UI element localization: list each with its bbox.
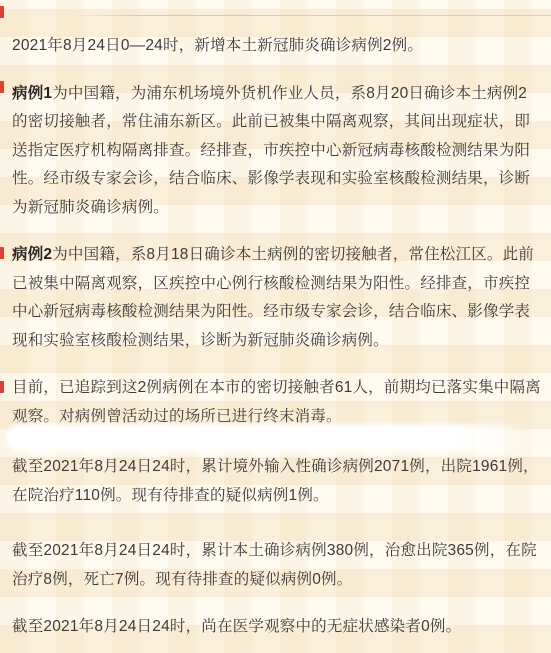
article-body: 2021年8月24日0—24时，新增本土新冠肺炎确诊病例2例。 病例1为中国籍，…	[12, 32, 541, 653]
paragraph-contact-tracing: 目前，已追踪到这2例病例在本市的密切接触者61人，前期均已落实集中隔离观察。对病…	[12, 374, 541, 431]
case-1-label: 病例1	[12, 85, 52, 102]
paragraph-text: 为中国籍，为浦东机场境外货机作业人员，系8月20日确诊本土病例2的密切接触者，常…	[12, 85, 530, 216]
paragraph-case-2: 病例2为中国籍，系8月18日确诊本土病例的密切接触者，常住松江区。此前已被集中隔…	[12, 241, 541, 355]
red-accent-tick	[0, 381, 4, 393]
paragraph-asymptomatic-total: 截至2021年8月24日24时，尚在医学观察中的无症状感染者0例。	[12, 613, 541, 642]
case-2-label: 病例2	[12, 246, 52, 263]
top-divider-line	[0, 15, 551, 16]
paragraph-case-1: 病例1为中国籍，为浦东机场境外货机作业人员，系8月20日确诊本土病例2的密切接触…	[12, 80, 541, 223]
paragraph-text: 为中国籍，系8月18日确诊本土病例的密切接触者，常住松江区。此前已被集中隔离观察…	[12, 246, 534, 349]
article-page: 2021年8月24日0—24时，新增本土新冠肺炎确诊病例2例。 病例1为中国籍，…	[0, 0, 551, 653]
paragraph-text: 截至2021年8月24日24时，累计本土确诊病例380例，治愈出院365例，在院…	[12, 542, 537, 588]
paragraph-text: 截至2021年8月24日24时，尚在医学观察中的无症状感染者0例。	[12, 618, 461, 635]
red-accent-tick	[0, 81, 4, 93]
paragraph-imported-cases-total: 截至2021年8月24日24时，累计境外输入性确诊病例2071例，出院1961例…	[12, 453, 541, 510]
paragraph-local-cases-total: 截至2021年8月24日24时，累计本土确诊病例380例，治愈出院365例，在院…	[12, 537, 541, 594]
red-accent-tick	[0, 247, 4, 259]
red-accent-tick	[0, 6, 4, 18]
paragraph-text: 目前，已追踪到这2例病例在本市的密切接触者61人，前期均已落实集中隔离观察。对病…	[12, 379, 541, 425]
paragraph-daily-new-cases: 2021年8月24日0—24时，新增本土新冠肺炎确诊病例2例。	[12, 32, 541, 61]
paragraph-text: 2021年8月24日0—24时，新增本土新冠肺炎确诊病例2例。	[12, 37, 423, 54]
paragraph-text: 截至2021年8月24日24时，累计境外输入性确诊病例2071例，出院1961例…	[12, 458, 539, 504]
